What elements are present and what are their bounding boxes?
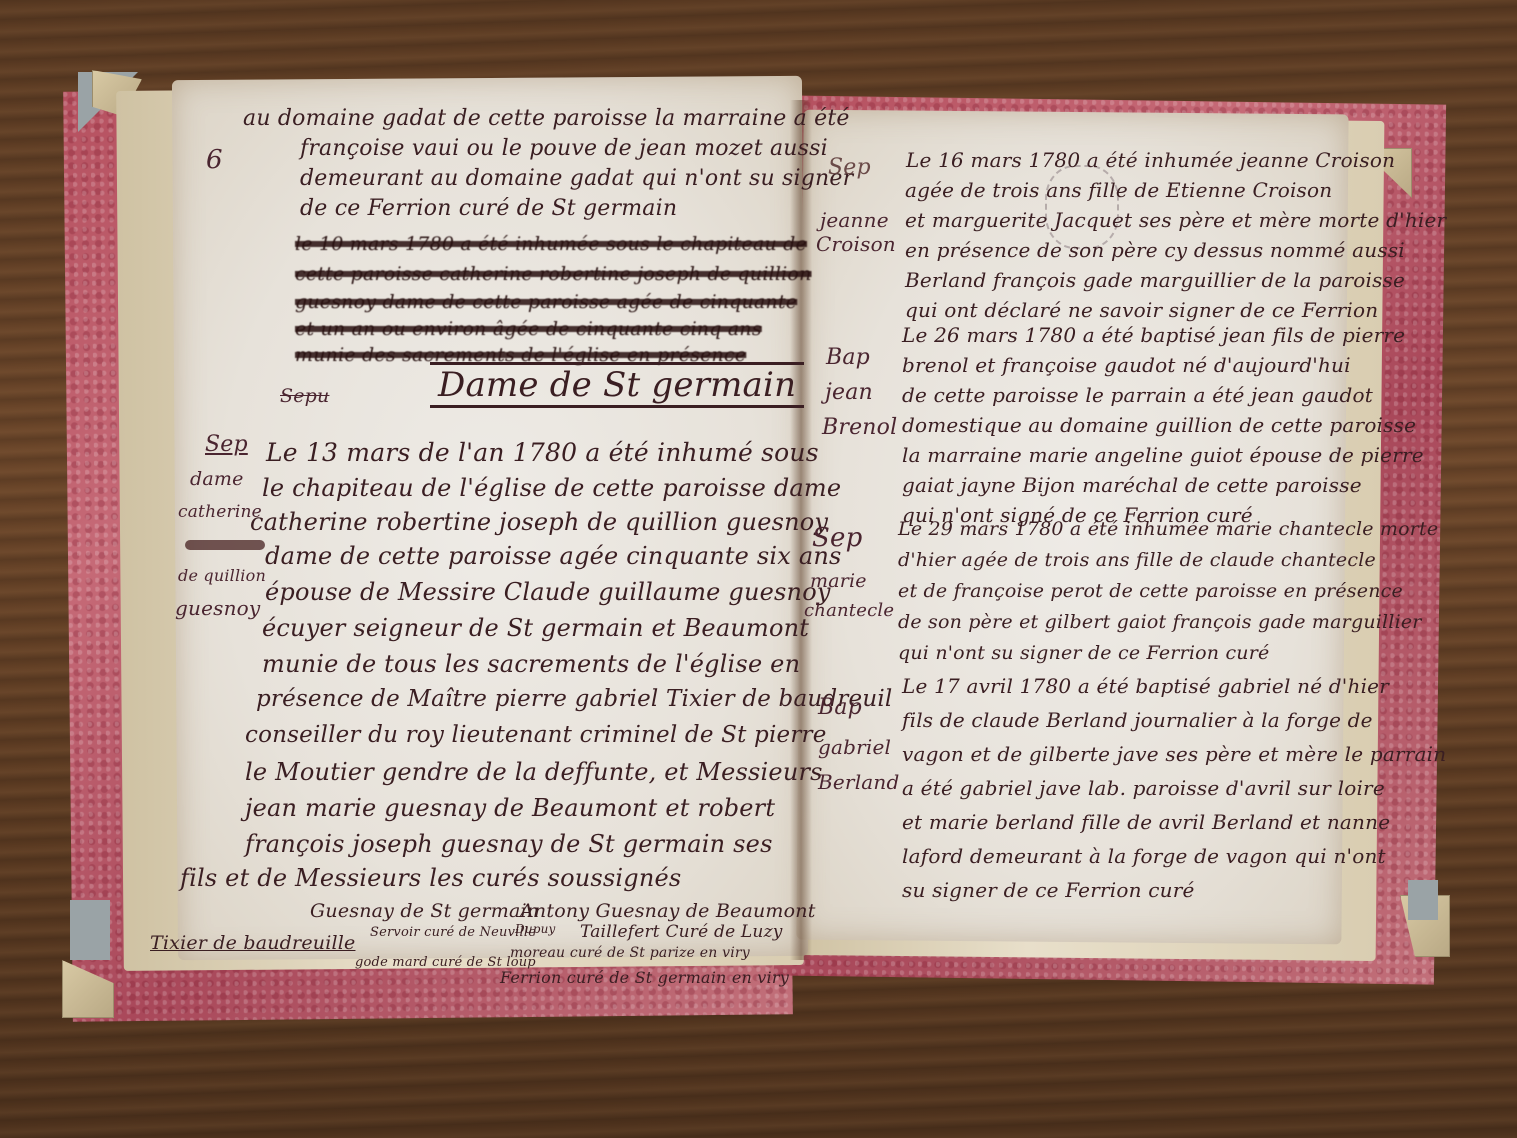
margin-label: Croison [816,232,896,256]
continuation-line: de ce Ferrion curé de St germain [300,198,677,220]
continuation-line: demeurant au domaine gadat qui n'ont su … [300,168,853,190]
entry-line: le chapiteau de l'église de cette parois… [262,476,841,500]
entry-line: de cette paroisse le parrain a été jean … [902,385,1373,405]
entry-line: en présence de son père cy dessus nommé … [905,240,1405,260]
signature: Servoir curé de Neuville [370,925,536,940]
entry-line: le Moutier gendre de la deffunte, et Mes… [245,760,823,784]
entry-line: qui ont déclaré ne savoir signer de ce F… [905,300,1378,320]
entry-line: munie de tous les sacrements de l'église… [262,652,800,676]
entry-line: Le 26 mars 1780 a été baptisé jean fils … [902,325,1405,345]
signature: moreau curé de St parize en viry [510,945,750,961]
entry-line: a été gabriel jave lab. paroisse d'avril… [902,778,1385,798]
struck-margin-word [185,540,265,550]
margin-label: Berland [818,770,900,794]
continuation-line: au domaine gadat de cette paroisse la ma… [243,108,850,130]
margin-label: Brenol [822,415,897,440]
entry-line: fils de claude Berland journalier à la f… [902,710,1373,730]
entry-line: gaiat jayne Bijon maréchal de cette paro… [902,475,1362,495]
corner-reinforcement [70,900,110,960]
corner-reinforcement [1408,880,1438,920]
margin-label: guesnoy [175,596,260,620]
margin-label: de quillion [178,566,266,585]
entry-line: Le 17 avril 1780 a été baptisé gabriel n… [902,676,1389,696]
margin-label: Sep [828,155,871,180]
signature: Taillefert Curé de Luzy [580,922,783,942]
entry-heading: Dame de St germain [430,362,804,408]
struck-line: et un an ou environ âgée de cinquante ci… [295,320,762,339]
entry-line: Le 13 mars de l'an 1780 a été inhumé sou… [266,440,819,465]
signature: Ferrion curé de St germain en viry [500,968,789,987]
entry-line: d'hier agée de trois ans fille de claude… [898,551,1376,570]
struck-line: guesnoy dame de cette paroisse agée de c… [295,293,797,312]
entry-line: brenol et françoise gaudot né d'aujourd'… [902,355,1351,375]
signature: Tixier de baudreuille [150,932,355,954]
struck-line: le 10 mars 1780 a été inhumée sous le ch… [295,235,807,254]
signature: Guesnay de St germain [310,900,539,922]
entry-line: de son père et gilbert gaiot françois ga… [898,613,1422,632]
entry-line: et de françoise perot de cette paroisse … [898,582,1403,601]
struck-line: cette paroisse catherine robertine josep… [295,265,812,284]
entry-line: et marguerite Jacquet ses père et mère m… [905,210,1446,230]
margin-label: dame [190,468,244,490]
entry-line: fils et de Messieurs les curés soussigné… [180,866,681,890]
entry-line: su signer de ce Ferrion curé [902,880,1195,900]
entry-line: françois joseph guesnay de St germain se… [245,832,773,856]
entry-line: et marie berland fille de avril Berland … [902,812,1390,832]
entry-line: conseiller du roy lieutenant criminel de… [245,724,827,747]
continuation-line: françoise vaui ou le pouve de jean mozet… [300,138,828,160]
entry-line: Le 16 mars 1780 a été inhumée jeanne Cro… [906,150,1395,170]
entry-line: agée de trois ans fille de Etienne Crois… [905,180,1332,200]
margin-label: Bap [818,695,862,720]
entry-line: Berland françois gade marguillier de la … [905,270,1405,290]
signature: Antony Guesnay de Beaumont [520,900,816,922]
signature: Dupuy [515,922,556,936]
entry-line: vagon et de gilberte jave ses père et mè… [902,744,1446,764]
entry-line: présence de Maître pierre gabriel Tixier… [256,688,892,711]
margin-label: jeanne [820,208,889,232]
margin-label: gabriel [818,735,891,759]
entry-line: écuyer seigneur de St germain et Beaumon… [262,616,809,640]
entry-line: épouse de Messire Claude guillaume guesn… [265,580,831,604]
entry-line: laford demeurant à la forge de vagon qui… [902,846,1386,866]
margin-note: 6 [206,145,223,175]
entry-line: la marraine marie angeline guiot épouse … [902,445,1424,465]
margin-label: Bap [826,345,870,370]
margin-label: chantecle [804,600,894,621]
entry-line: jean marie guesnay de Beaumont et robert [245,796,775,820]
margin-label: jean [825,380,873,405]
margin-label: Sep [205,432,248,457]
entry-line: Le 29 mars 1780 a été inhumée marie chan… [898,520,1438,539]
heading-margin-note: Sepu [280,385,329,407]
entry-line: domestique au domaine guillion de cette … [902,415,1416,435]
entry-line: dame de cette paroisse agée cinquante si… [265,544,842,568]
margin-label: Sep [812,523,862,553]
margin-label: marie [810,570,867,592]
entry-line: qui n'ont su signer de ce Ferrion curé [898,644,1269,663]
entry-line: catherine robertine joseph de quillion g… [250,510,828,534]
